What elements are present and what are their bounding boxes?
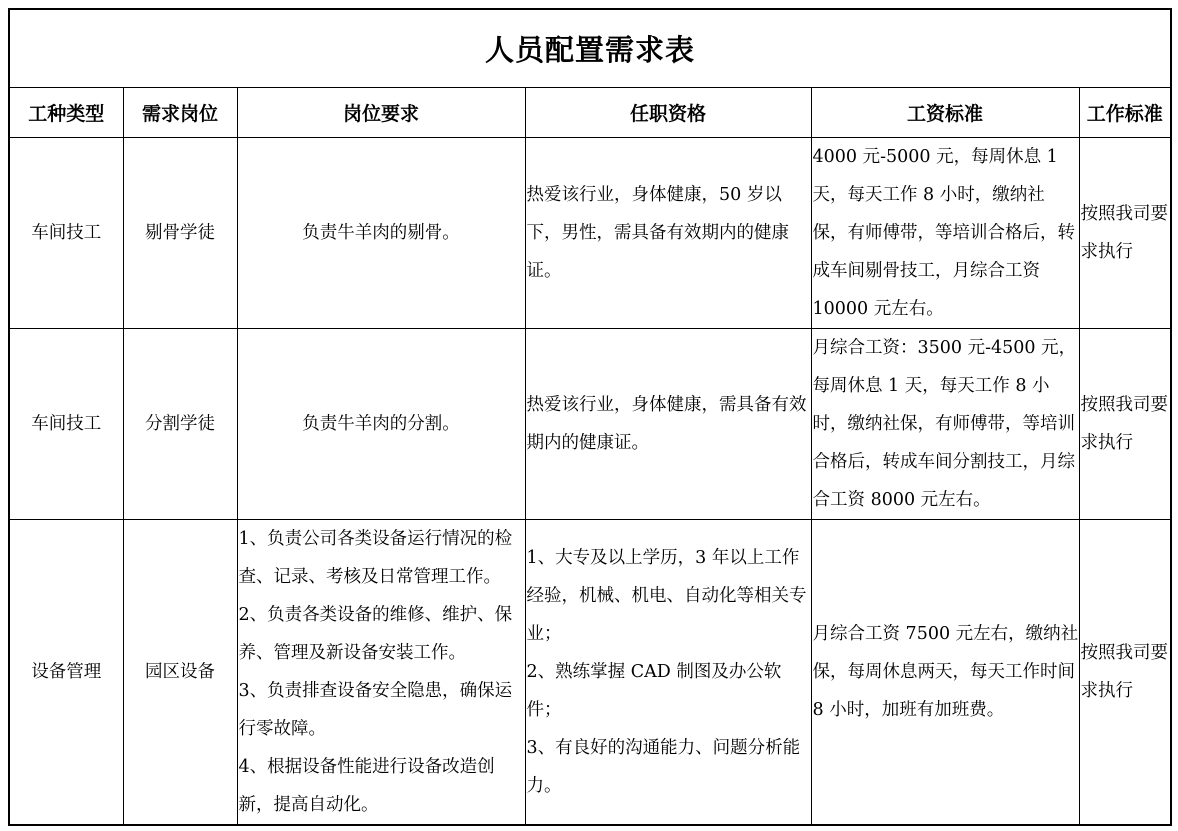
document-page: 人员配置需求表 工种类型 需求岗位 岗位要求 任职资格 工资标准 工作标准 车间…	[0, 0, 1178, 831]
cell-position: 园区设备	[123, 519, 237, 825]
cell-qualifications: 热爱该行业，身体健康，50 岁以下，男性，需具备有效期内的健康证。	[525, 137, 811, 328]
header-salary: 工资标准	[811, 87, 1079, 137]
table-row: 车间技工 分割学徒 负责牛羊肉的分割。 热爱该行业，身体健康，需具备有效期内的健…	[9, 328, 1171, 519]
header-row: 工种类型 需求岗位 岗位要求 任职资格 工资标准 工作标准	[9, 87, 1171, 137]
cell-work-standard: 按照我司要求执行	[1079, 137, 1171, 328]
cell-work-standard: 按照我司要求执行	[1079, 328, 1171, 519]
header-work-type: 工种类型	[9, 87, 123, 137]
cell-work-type: 车间技工	[9, 137, 123, 328]
table-row: 设备管理 园区设备 1、负责公司各类设备运行情况的检查、记录、考核及日常管理工作…	[9, 519, 1171, 825]
header-position: 需求岗位	[123, 87, 237, 137]
cell-requirements: 负责牛羊肉的分割。	[237, 328, 525, 519]
cell-salary: 月综合工资：3500 元-4500 元，每周休息 1 天，每天工作 8 小时，缴…	[811, 328, 1079, 519]
cell-requirements: 负责牛羊肉的剔骨。	[237, 137, 525, 328]
cell-salary: 4000 元-5000 元，每周休息 1 天，每天工作 8 小时，缴纳社保，有师…	[811, 137, 1079, 328]
cell-qualifications: 热爱该行业，身体健康，需具备有效期内的健康证。	[525, 328, 811, 519]
cell-requirements: 1、负责公司各类设备运行情况的检查、记录、考核及日常管理工作。 2、负责各类设备…	[237, 519, 525, 825]
staffing-requirements-table: 人员配置需求表 工种类型 需求岗位 岗位要求 任职资格 工资标准 工作标准 车间…	[8, 8, 1172, 826]
cell-qualifications: 1、大专及以上学历，3 年以上工作经验，机械、机电、自动化等相关专业； 2、熟练…	[525, 519, 811, 825]
title-row: 人员配置需求表	[9, 9, 1171, 87]
cell-work-standard: 按照我司要求执行	[1079, 519, 1171, 825]
cell-position: 分割学徒	[123, 328, 237, 519]
cell-work-type: 车间技工	[9, 328, 123, 519]
page-title: 人员配置需求表	[9, 9, 1171, 87]
header-work-standard: 工作标准	[1079, 87, 1171, 137]
cell-position: 剔骨学徒	[123, 137, 237, 328]
header-qualifications: 任职资格	[525, 87, 811, 137]
table-row: 车间技工 剔骨学徒 负责牛羊肉的剔骨。 热爱该行业，身体健康，50 岁以下，男性…	[9, 137, 1171, 328]
cell-work-type: 设备管理	[9, 519, 123, 825]
cell-salary: 月综合工资 7500 元左右，缴纳社保，每周休息两天，每天工作时间 8 小时，加…	[811, 519, 1079, 825]
header-requirements: 岗位要求	[237, 87, 525, 137]
